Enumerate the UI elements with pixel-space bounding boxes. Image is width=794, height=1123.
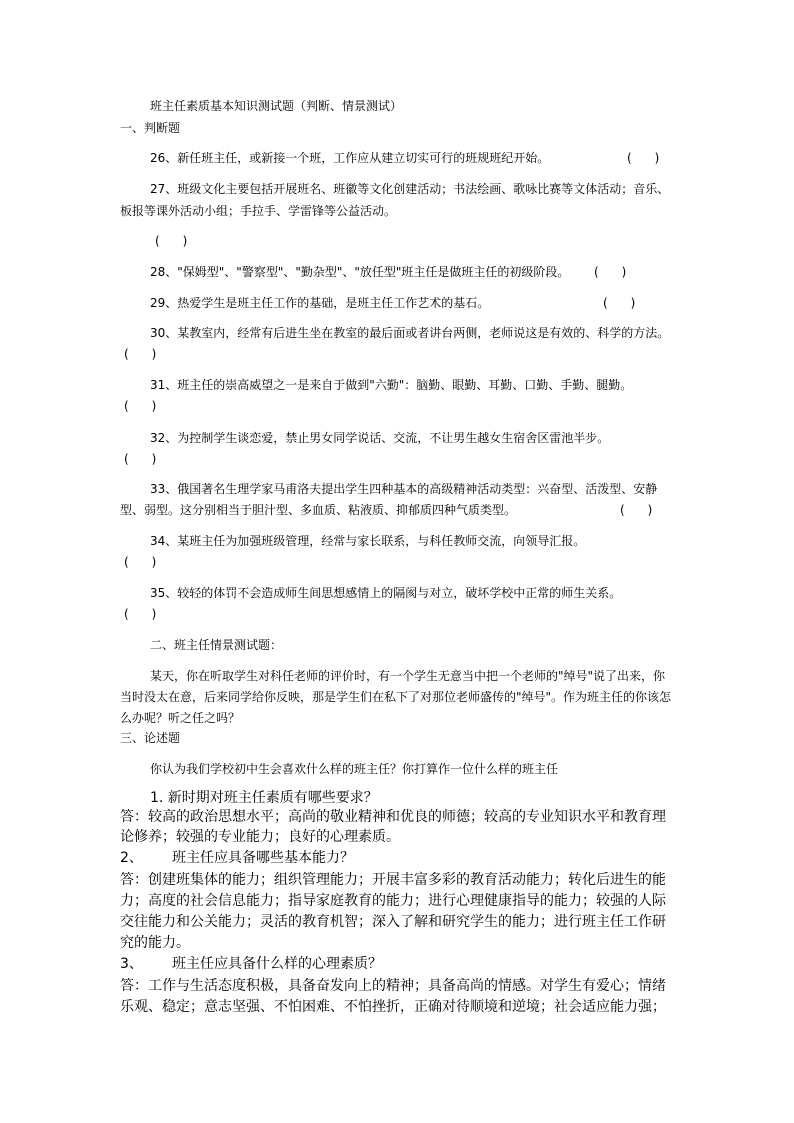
- answer-blank-26: ( ): [627, 150, 659, 166]
- question-30: 30、某教室内，经常有后进生坐在教室的最后面或者讲台两侧，老师说这是有效的、科学…: [150, 325, 669, 341]
- question-26: 26、新任班主任，或新接一个班，工作应从建立切实可行的班规班纪开始。: [150, 150, 549, 166]
- answer-blank-34: ( ): [124, 554, 156, 570]
- question-29: 29、热爱学生是班主任工作的基础，是班主任工作艺术的基石。: [150, 295, 489, 311]
- essay-answer-2-line1: 答：创建班集体的能力；组织管理能力；开展丰富多彩的教育活动能力；转化后进生的能: [120, 871, 666, 890]
- question-32: 32、为控制学生谈恋爱，禁止男女同学说话、交流，不让男生越女生宿舍区雷池半步。: [150, 430, 609, 446]
- question-31: 31、班主任的崇高威望之一是来自于做到"六勤"：脑勤、眼勤、耳勤、口勤、手勤、腿…: [150, 377, 632, 393]
- answer-blank-31: ( ): [124, 398, 156, 414]
- document-title: 班主任素质基本知识测试题（判断、情景测试）: [150, 98, 402, 114]
- essay-answer-2-line3: 交往能力和公关能力；灵活的教育机智；深入了解和研究学生的能力；进行班主任工作研: [120, 913, 666, 932]
- essay-question-2: 班主任应具备哪些基本能力？: [172, 849, 354, 868]
- essay-question-3-number: 3、: [120, 955, 143, 974]
- question-27-line1: 27、班级文化主要包括开展班名、班徽等文化创建活动；书法绘画、歌咏比赛等文体活动…: [150, 181, 669, 197]
- question-34: 34、某班主任为加强班级管理，经常与家长联系，与科任教师交流，向领导汇报。: [150, 533, 585, 549]
- scenario-line1: 某天，你在听取学生对科任老师的评价时，有一个学生无意当中把一个老师的"绰号"说了…: [150, 668, 665, 684]
- question-35: 35、较轻的体罚不会造成师生间思想感情上的隔阂与对立，破坏学校中正常的师生关系。: [150, 585, 621, 601]
- answer-blank-33: ( ): [620, 502, 652, 518]
- answer-blank-28: ( ): [594, 264, 626, 280]
- essay-answer-2-line4: 究的能力。: [120, 934, 190, 953]
- section1-heading: 一、判断题: [120, 120, 180, 136]
- essay-answer-2-line2: 力；高度的社会信息能力；指导家庭教育的能力；进行心理健康指导的能力；较强的人际: [120, 892, 666, 911]
- scenario-line3: 么办呢？听之任之吗？: [120, 710, 240, 726]
- essay-answer-3-line2: 乐观、稳定；意志坚强、不怕困难、不怕挫折，正确对待顺境和逆境；社会适应能力强；: [120, 998, 666, 1017]
- section2-heading: 二、班主任情景测试题：: [150, 637, 282, 653]
- answer-blank-30: ( ): [124, 346, 156, 362]
- question-33-line2: 型、弱型。这分别相当于胆汁型、多血质、粘液质、抑郁质四种气质类型。: [120, 502, 516, 518]
- answer-blank-35: ( ): [124, 606, 156, 622]
- section3-heading: 三、论述题: [120, 730, 180, 746]
- essay-prompt: 你认为我们学校初中生会喜欢什么样的班主任？你打算作一位什么样的班主任: [150, 761, 558, 777]
- essay-answer-3-line1: 答：工作与生活态度积极，具备奋发向上的精神；具备高尚的情感。对学生有爱心；情绪: [120, 977, 666, 996]
- question-33-line1: 33、俄国著名生理学家马甫洛夫提出学生四种基本的高级精神活动类型：兴奋型、活泼型…: [150, 481, 657, 497]
- question-27-line2: 板报等课外活动小组；手拉手、学雷锋等公益活动。: [120, 203, 396, 219]
- essay-answer-1-line1: 答：较高的政治思想水平；高尚的敬业精神和优良的师德；较高的专业知识水平和教育理: [120, 808, 666, 827]
- essay-question-2-number: 2、: [120, 849, 143, 868]
- answer-blank-32: ( ): [124, 451, 156, 467]
- answer-blank-29: ( ): [603, 295, 635, 311]
- question-28: 28、"保姆型"、"警察型"、"勤杂型"、"放任型"班主任是做班主任的初级阶段。: [150, 264, 569, 280]
- scenario-line2: 当时没太在意，后来同学给你反映，那是学生们在私下了对那位老师盛传的"绰号"。作为…: [120, 689, 671, 705]
- answer-blank-27: ( ): [155, 233, 187, 249]
- document-page: 班主任素质基本知识测试题（判断、情景测试） 一、判断题 26、新任班主任，或新接…: [0, 0, 794, 1123]
- essay-question-3: 班主任应具备什么样的心理素质？: [172, 955, 382, 974]
- essay-question-1: 1. 新时期对班主任素质有哪些要求？: [150, 789, 378, 808]
- essay-answer-1-line2: 论修养；较强的专业能力；良好的心理素质。: [120, 828, 400, 847]
